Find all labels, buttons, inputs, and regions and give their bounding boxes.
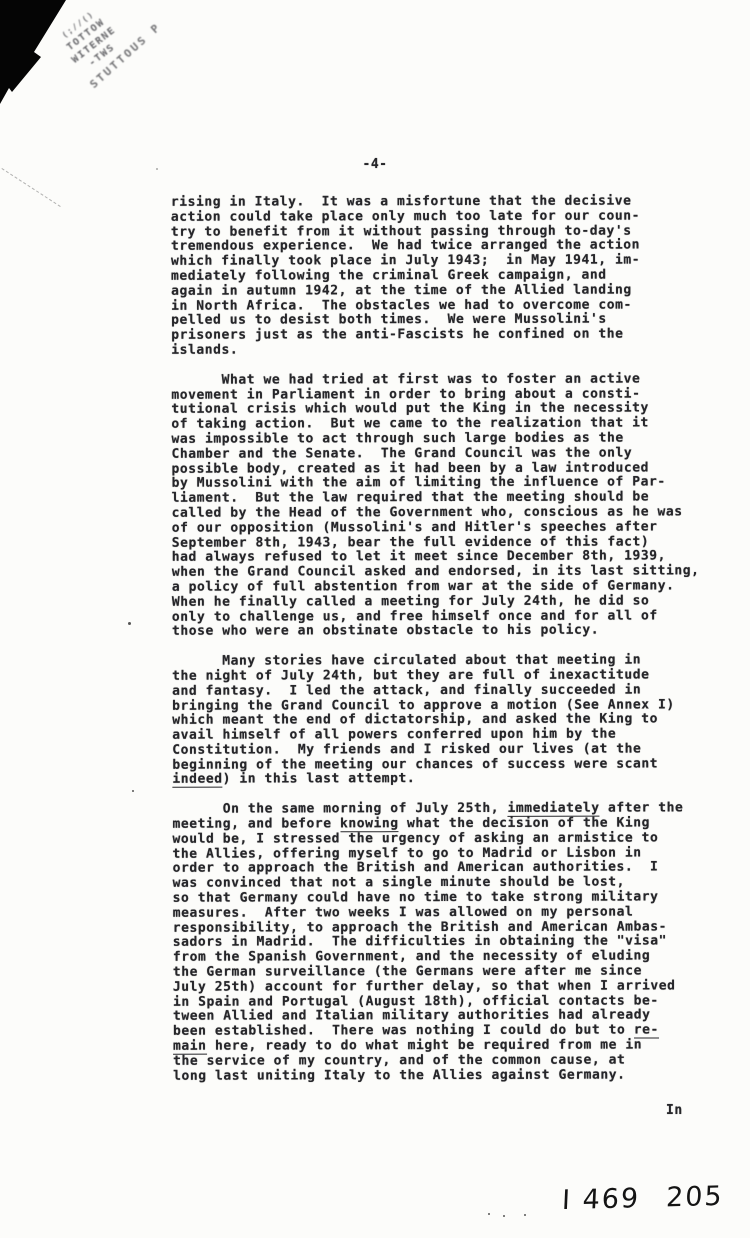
- typewritten-line: Constitution. My friends and I risked ou…: [172, 742, 747, 758]
- typewritten-line: indeed) in this last attempt.: [172, 772, 747, 788]
- typewritten-line: those who were an obstinate obstacle to …: [172, 624, 747, 640]
- handwritten-ref-part2: 205: [665, 1181, 724, 1214]
- page-number: -4-: [0, 157, 750, 172]
- typewritten-line: islands.: [171, 342, 746, 358]
- typewritten-line: Chamber and the Senate. The Grand Counci…: [171, 446, 746, 462]
- handwritten-reference: I 469205: [561, 1181, 724, 1216]
- paragraph: On the same morning of July 25th, immedi…: [172, 802, 748, 1085]
- typewritten-line: What we had tried at first was to foster…: [171, 372, 746, 388]
- scan-speck: [156, 168, 158, 170]
- typewritten-line: of our opposition (Mussolini's and Hitle…: [172, 520, 747, 536]
- scan-speck: [128, 622, 131, 625]
- paragraph: Many stories have circulated about that …: [172, 653, 747, 788]
- typewritten-line: When he finally called a meeting for Jul…: [172, 594, 747, 610]
- document-page: (;//()TOTTOWWITERNE-TWS STUTTOUS P -4- r…: [0, 0, 750, 1238]
- typewritten-line: prisoners just as the anti-Fascists he c…: [171, 327, 746, 343]
- typewritten-line: the service of my country, and of the co…: [173, 1053, 748, 1069]
- paragraph: What we had tried at first was to foster…: [171, 372, 747, 640]
- typewritten-line: again in autumn 1942, at the time of the…: [171, 283, 746, 299]
- catchword: In: [666, 1103, 683, 1118]
- handwritten-ref-part1: I 469: [561, 1183, 640, 1216]
- document-body: rising in Italy. It was a misfortune tha…: [171, 194, 748, 1099]
- scan-speck: [132, 790, 134, 792]
- typewritten-line: July 25th) account for further delay, so…: [173, 979, 748, 995]
- scan-speck: [503, 1215, 505, 1217]
- fold-crease: [1, 168, 60, 207]
- typewritten-line: long last uniting Italy to the Allies ag…: [173, 1068, 748, 1084]
- typewritten-line: action could take place only much too la…: [171, 209, 746, 225]
- typewritten-line: would be, I stressed the urgency of aski…: [172, 831, 747, 847]
- scan-speck: [524, 1214, 526, 1216]
- scan-speck: [488, 1213, 490, 1215]
- paragraph: rising in Italy. It was a misfortune tha…: [171, 194, 746, 358]
- handwritten-gap: [640, 1206, 666, 1207]
